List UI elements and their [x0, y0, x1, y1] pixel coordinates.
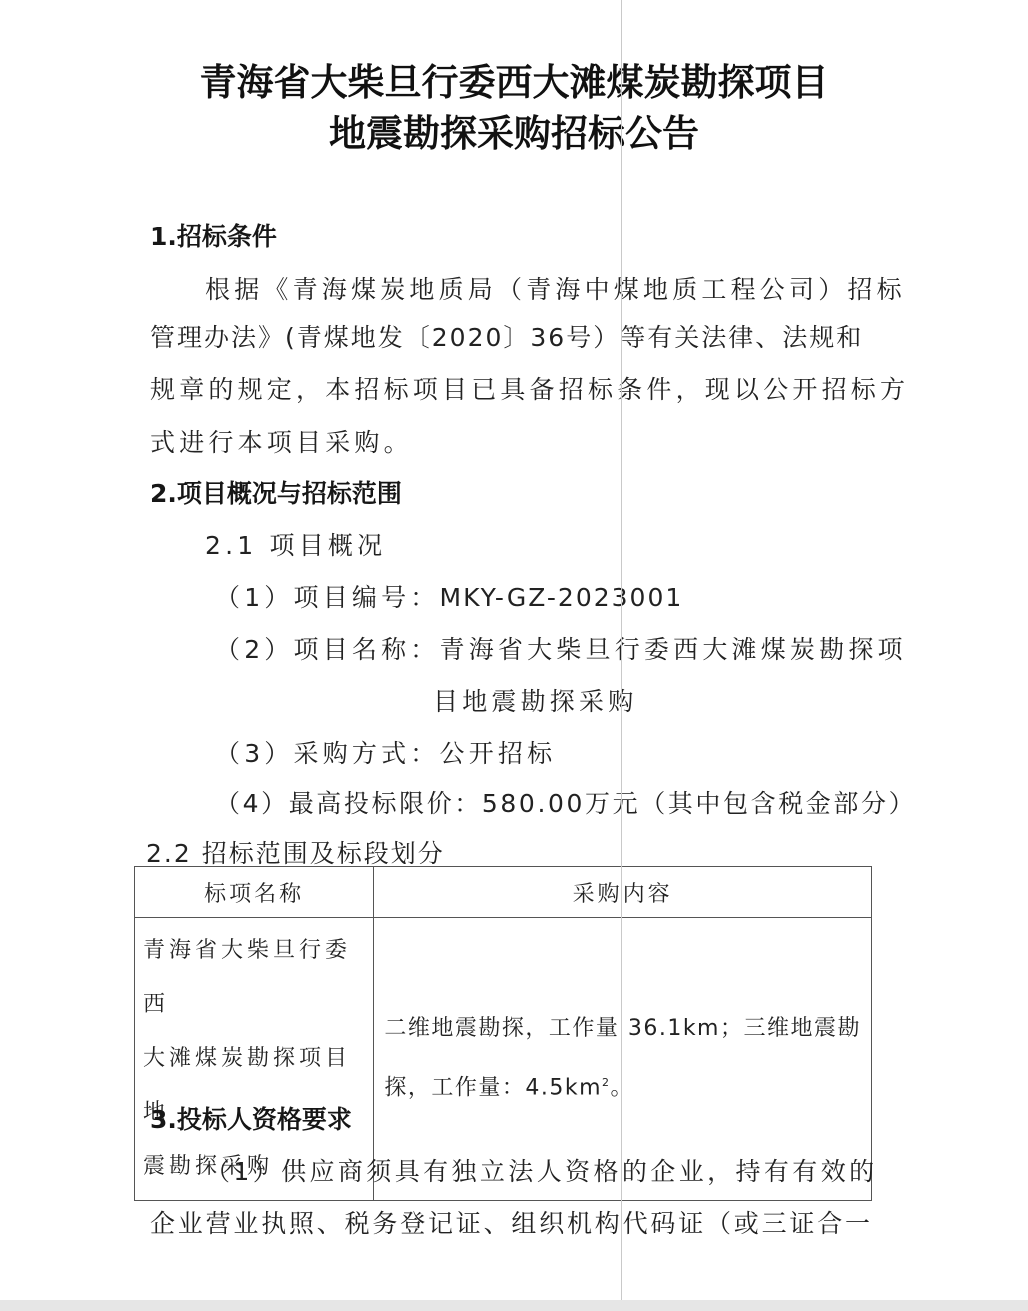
- procurement-content-line: 探，工作量：4.5km2。: [384, 1056, 861, 1115]
- project-name-row: （2）项目名称：青海省大柴旦行委西大滩煤炭勘探项: [215, 630, 907, 666]
- project-number-value: MKY-GZ-2023001: [440, 583, 684, 612]
- section-3-heading: 3.投标人资格要求: [150, 1100, 352, 1136]
- max-bid-price-label: （4）最高投标限价：: [215, 789, 482, 818]
- document-title-line-1: 青海省大柴旦行委西大滩煤炭勘探项目: [0, 52, 1028, 106]
- subsection-2-2-heading: 2.2 招标范围及标段划分: [146, 834, 445, 870]
- table-header-lot-name: 标项名称: [135, 867, 374, 918]
- project-name-label: （2）项目名称：: [215, 635, 440, 664]
- procurement-method-value: 公开招标: [440, 739, 557, 768]
- section-1-paragraph-line: 式进行本项目采购。: [150, 423, 413, 459]
- section-1-paragraph-line: 管理办法》(青煤地发〔2020〕36号）等有关法律、法规和: [150, 318, 863, 354]
- procurement-method-label: （3）采购方式：: [215, 739, 440, 768]
- scan-fold-line: [621, 0, 622, 1300]
- section-1-heading: 1.招标条件: [150, 217, 277, 253]
- subsection-2-1-heading: 2.1 项目概况: [205, 526, 386, 562]
- page-bottom-edge: [0, 1300, 1028, 1311]
- project-name-value: 青海省大柴旦行委西大滩煤炭勘探项: [440, 635, 907, 664]
- project-number-label: （1）项目编号：: [215, 583, 440, 612]
- table-header-procurement-content: 采购内容: [374, 867, 872, 918]
- document-page: 青海省大柴旦行委西大滩煤炭勘探项目 地震勘探采购招标公告 1.招标条件 根据《青…: [0, 0, 1028, 1300]
- procurement-content-line: 二维地震勘探，工作量 36.1km；三维地震勘: [384, 1002, 861, 1056]
- max-bid-price-value: 580.00万元（其中包含税金部分）: [482, 789, 916, 818]
- bid-scope-table: 标项名称 采购内容 青海省大柴旦行委西 大滩煤炭勘探项目地 震勘探采购 二维地震…: [134, 866, 872, 1201]
- section-1-paragraph-line: 根据《青海煤炭地质局（青海中煤地质工程公司）招标: [205, 270, 906, 306]
- max-bid-price-row: （4）最高投标限价：580.00万元（其中包含税金部分）: [215, 784, 916, 820]
- project-number-row: （1）项目编号：MKY-GZ-2023001: [215, 578, 683, 614]
- section-3-paragraph-line: （1）供应商须具有独立法人资格的企业，持有有效的: [205, 1152, 878, 1188]
- procurement-content-end: 。: [611, 1076, 635, 1101]
- procurement-method-row: （3）采购方式：公开招标: [215, 734, 556, 770]
- section-1-paragraph-line: 规章的规定，本招标项目已具备招标条件，现以公开招标方: [150, 370, 909, 406]
- section-3-paragraph-line: 企业营业执照、税务登记证、组织机构代码证（或三证合一: [150, 1204, 873, 1240]
- section-2-heading: 2.项目概况与招标范围: [150, 474, 402, 510]
- lot-name-line: 青海省大柴旦行委西: [143, 924, 365, 1032]
- project-name-value-continued: 目地震勘探采购: [433, 682, 637, 718]
- superscript-squared: 2: [602, 1076, 611, 1089]
- table-header-row: 标项名称 采购内容: [135, 867, 872, 918]
- procurement-content-text: 探，工作量：4.5km: [384, 1076, 602, 1101]
- document-title-line-2: 地震勘探采购招标公告: [0, 103, 1028, 157]
